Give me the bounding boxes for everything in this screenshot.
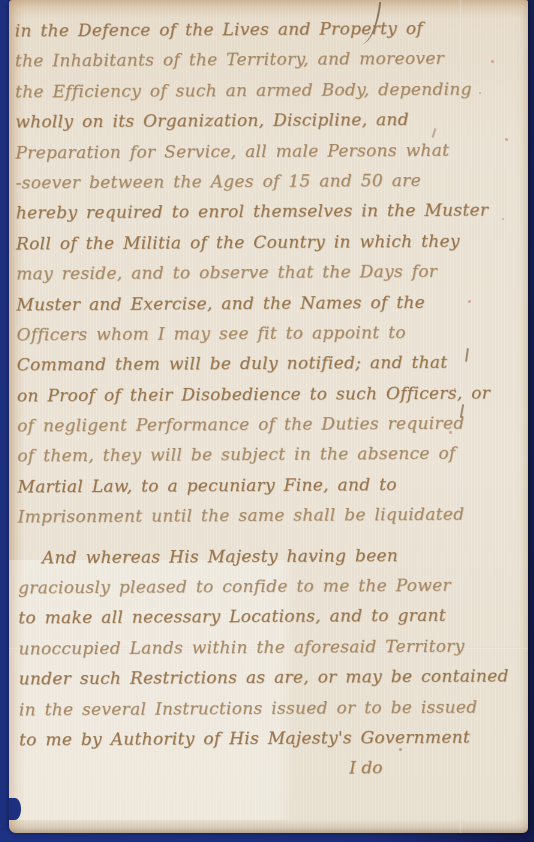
- manuscript-line: in the several Instructions issued or to…: [19, 692, 489, 725]
- manuscript-line: Roll of the Militia of the Country in wh…: [16, 226, 486, 259]
- handwritten-text-block: in the Defence of the Lives and Property…: [15, 14, 490, 786]
- manuscript-line: to make all necessary Locations, and to …: [18, 601, 488, 634]
- manuscript-line: on Proof of their Disobedience to such O…: [17, 378, 487, 411]
- manuscript-page: in the Defence of the Lives and Property…: [9, 0, 528, 833]
- manuscript-line: to me by Authority of His Majesty's Gove…: [19, 723, 489, 756]
- manuscript-line: the Efficiency of such an armed Body, de…: [15, 74, 485, 107]
- manuscript-line: Martial Law, to a pecuniary Fine, and to: [17, 469, 487, 502]
- manuscript-line-paragraph-start: And whereas His Majesty having been: [18, 540, 488, 573]
- foxing-spot: [491, 60, 494, 63]
- manuscript-line: -soever between the Ages of 15 and 50 ar…: [16, 166, 486, 199]
- manuscript-line: under such Restrictions as are, or may b…: [19, 662, 489, 695]
- foxing-spot: [502, 218, 504, 220]
- manuscript-line: Preparation for Service, all male Person…: [15, 135, 485, 168]
- foxing-spot: [505, 138, 508, 141]
- mat-right-edge: [527, 0, 534, 842]
- manuscript-line: wholly on its Organization, Discipline, …: [15, 105, 485, 138]
- scanned-document-view: in the Defence of the Lives and Property…: [0, 0, 534, 842]
- manuscript-line: in the Defence of the Lives and Property…: [15, 14, 485, 47]
- catchword: I do: [19, 753, 489, 786]
- manuscript-line: unoccupied Lands within the aforesaid Te…: [18, 631, 488, 664]
- manuscript-line: Officers whom I may see fit to appoint t…: [17, 317, 487, 350]
- manuscript-line: graciously pleased to confide to me the …: [18, 571, 488, 604]
- manuscript-line: hereby required to enrol themselves in t…: [16, 196, 486, 229]
- manuscript-line: Muster and Exercise, and the Names of th…: [16, 287, 486, 320]
- manuscript-line: of them, they will be subject in the abs…: [17, 439, 487, 472]
- manuscript-line: Imprisonment until the same shall be liq…: [18, 500, 488, 533]
- manuscript-line: of negligent Performance of the Duties r…: [17, 409, 487, 442]
- manuscript-line: may reside, and to observe that the Days…: [16, 257, 486, 290]
- manuscript-line: the Inhabitants of the Territory, and mo…: [15, 44, 485, 77]
- paper-edge-notch: [9, 798, 21, 820]
- manuscript-line: Command them will be duly notified; and …: [17, 348, 487, 381]
